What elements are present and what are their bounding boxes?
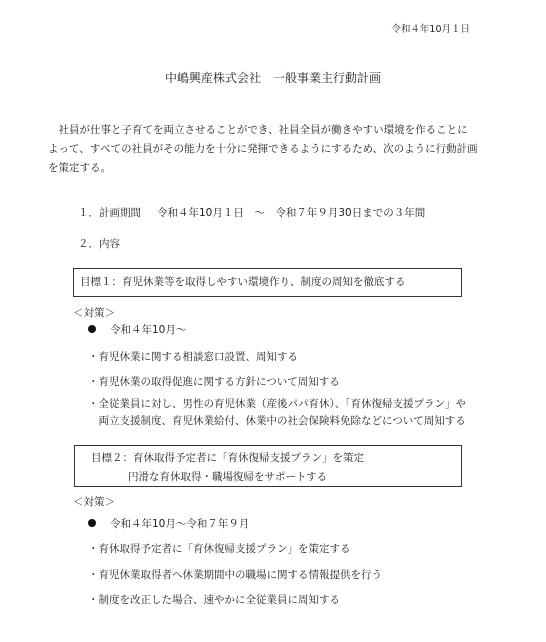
period-text: 令和４年10月～令和７年９月 [110,518,249,530]
document-date: 令和４年10月１日 [391,23,470,37]
measure-item: ・育休取得予定者に「育休復帰支援プラン」を策定する [88,542,351,556]
goal-2-text-continued: 円滑な育休取得・職場復帰をサポートする [128,470,327,484]
measure-item: ・制度を改正した場合、速やかに全従業員に周知する [88,593,340,607]
bullet-icon [88,519,96,527]
measures-label: ＜対策＞ [73,495,115,509]
section-heading: ２．内容 [78,237,120,251]
goal-1-box: 目標１：育児休業等を取得しやすい環境作り、制度の周知を徹底する [73,268,462,297]
measure-item: ・育児休業取得者へ休業期間中の職場に関する情報提供を行う [88,568,382,582]
goal-2-text: 目標２：育休取得予定者に「育休復帰支援プラン」を策定 [91,451,364,465]
goal-2-box: 目標２：育休取得予定者に「育休復帰支援プラン」を策定 円滑な育休取得・職場復帰を… [74,445,462,487]
measure-item-continued: 両立支援制度、育児休業給付、休業中の社会保険料免除などについて周知する [88,414,466,428]
document-title: 中嶋興産株式会社 一般事業主行動計画 [0,70,546,86]
plan-period-value: 令和４年10月１日 ～ 令和７年９月30日までの３年間 [157,206,425,220]
measure-item: ・育児休業に関する相談窓口設置、周知する [88,350,298,364]
bullet-icon [88,325,96,333]
section-heading: １．計画期間 [78,206,141,220]
measure-item: ・育児休業の取得促進に関する方針について周知する [88,375,340,389]
intro-line: 社員が仕事と子育てを両立させることができ、社員全員が働きやすい環境を作ることに [48,123,468,137]
goal-1-text: 目標１：育児休業等を取得しやすい環境作り、制度の周知を徹底する [80,275,406,289]
measures-period: 令和４年10月～ [88,323,186,337]
measures-label: ＜対策＞ [73,306,115,320]
measures-period: 令和４年10月～令和７年９月 [88,517,249,531]
period-text: 令和４年10月～ [110,324,186,336]
measure-item: ・全従業員に対し、男性の育児休業（産後パパ育休）、「育休復帰支援プラン」や [88,397,466,411]
intro-line: よって、すべての社員がその能力を十分に発揮できるようにするため、次のように行動計… [48,142,478,156]
intro-line: を策定する。 [48,161,111,175]
